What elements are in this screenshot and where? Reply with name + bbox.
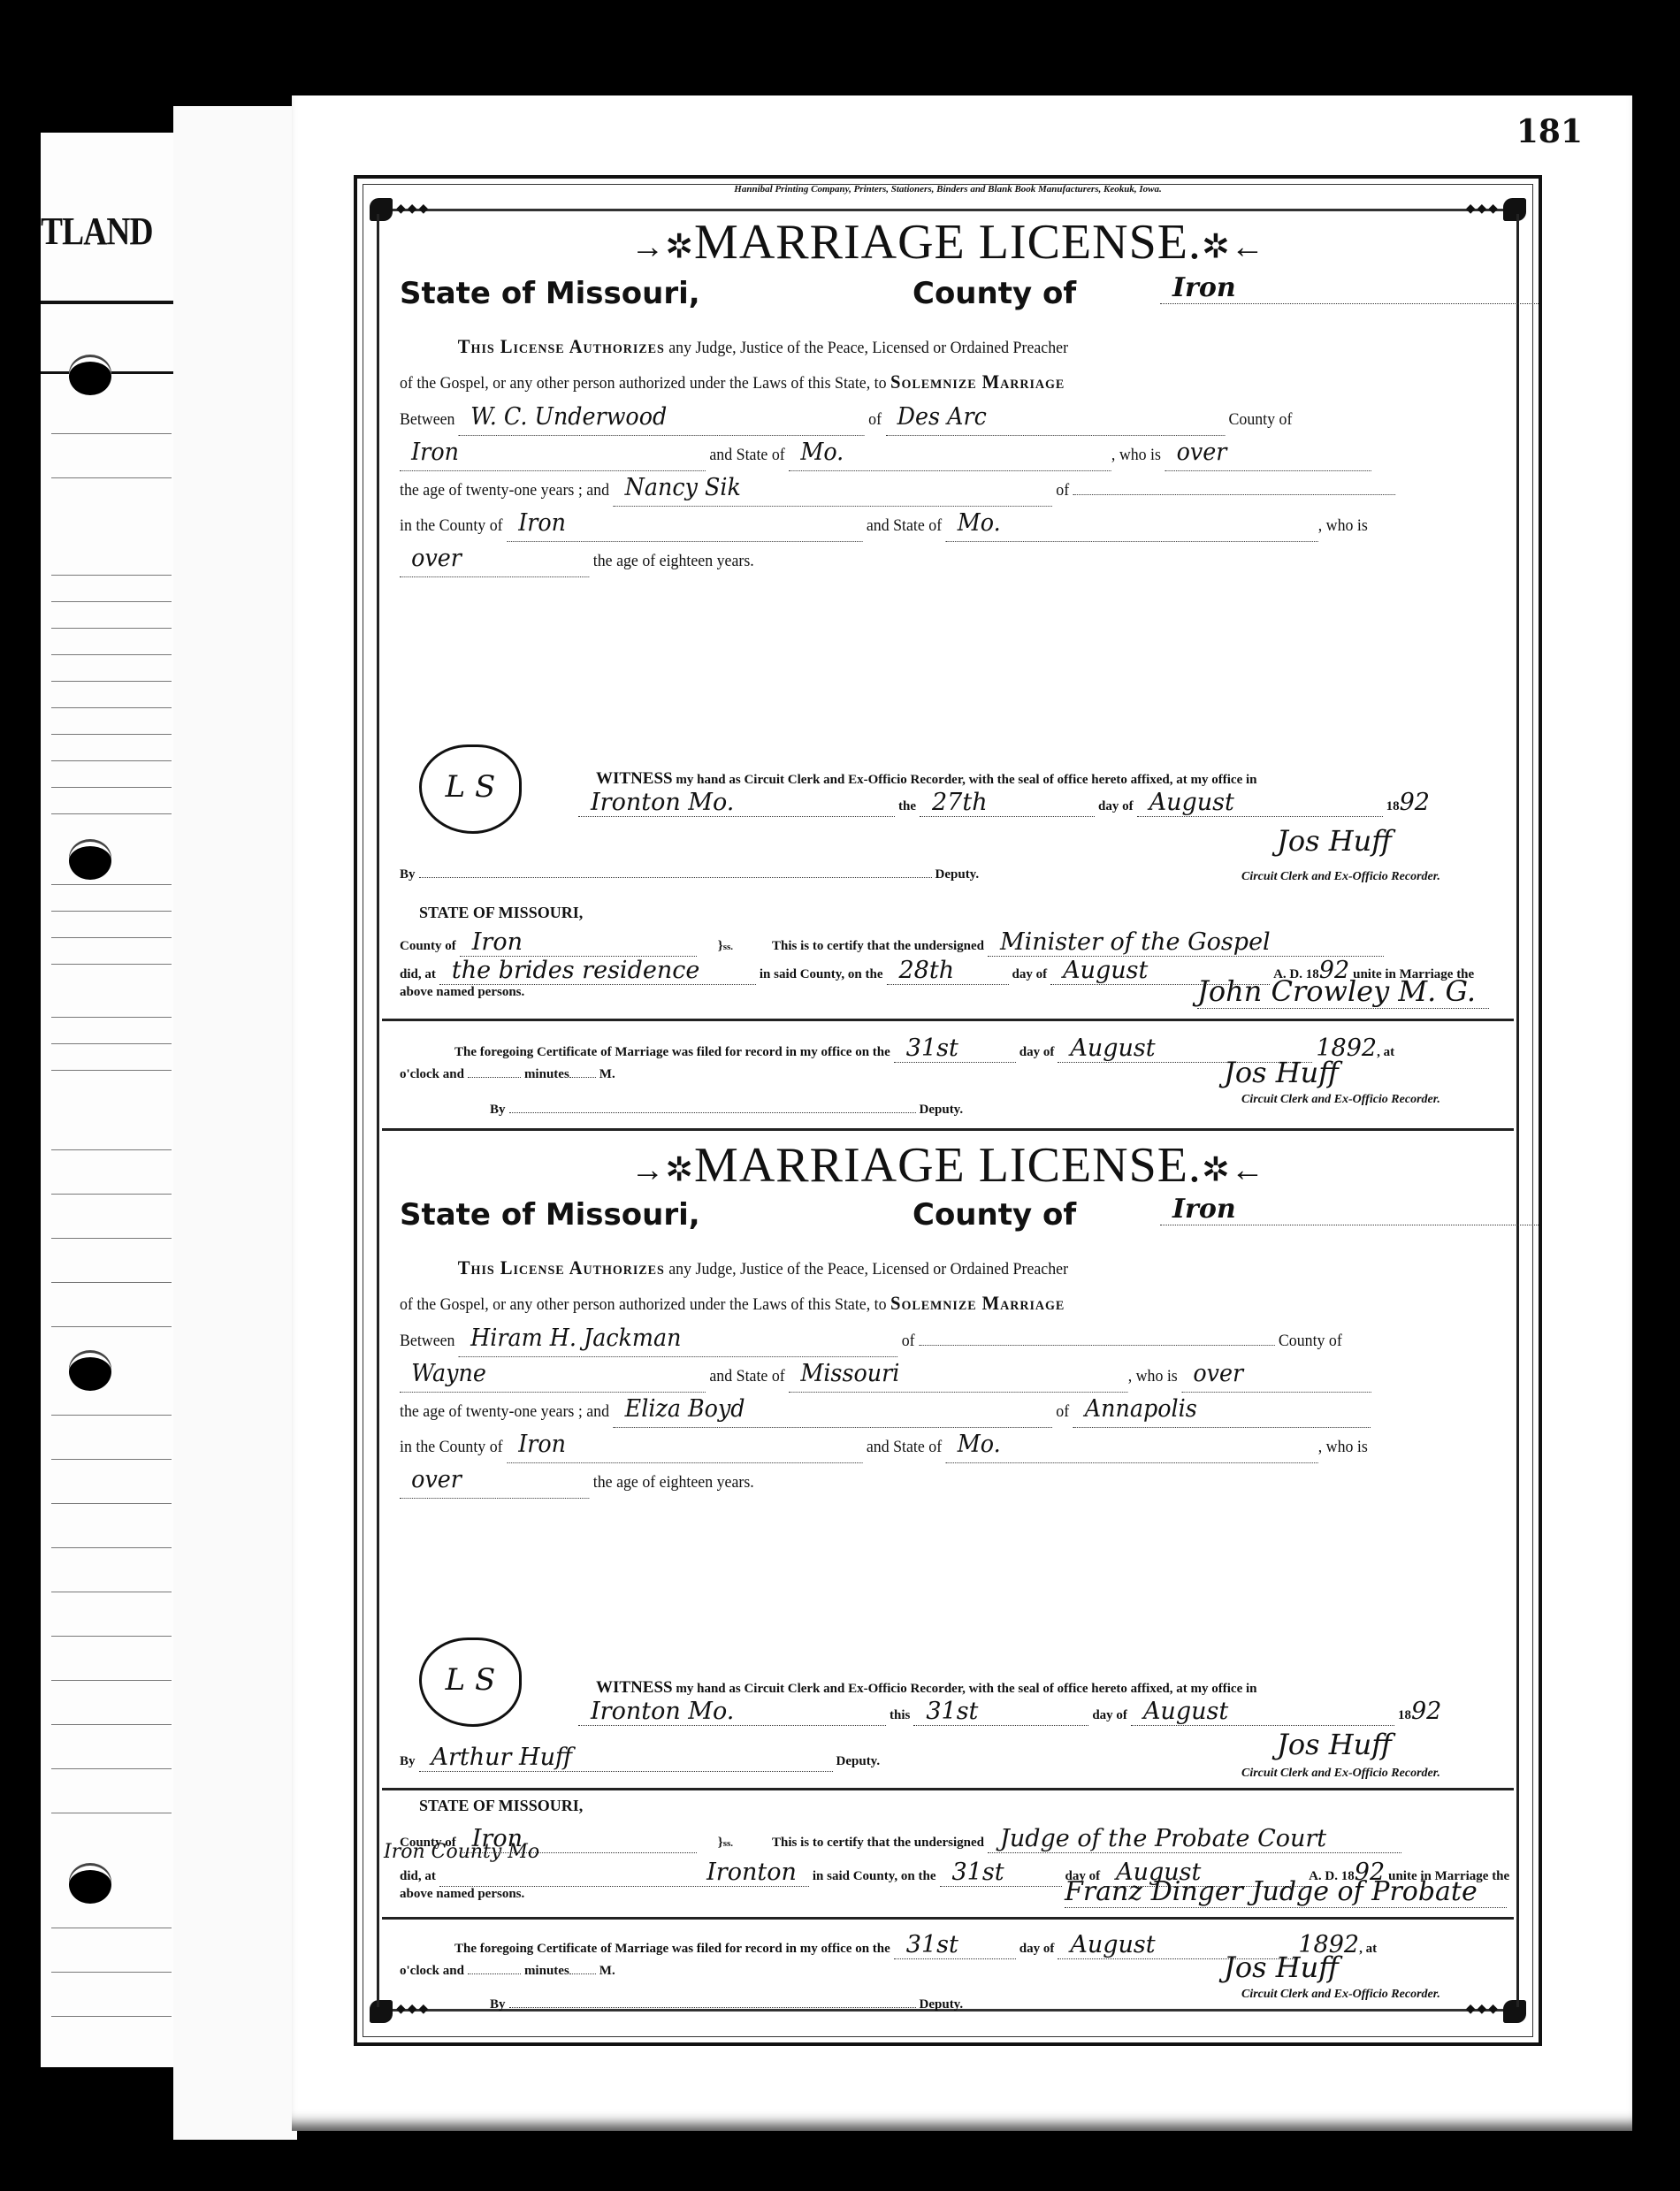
bride-state-field: Mo. — [946, 506, 1318, 542]
witness-year-field: 92 — [1400, 789, 1430, 816]
county-label: County of — [913, 1197, 1076, 1233]
officiant-title-field: Minister of the Gospel — [988, 928, 1384, 957]
arrow-ornament-icon: →✲ — [630, 1152, 694, 1189]
license-2-title: →✲MARRIAGE LICENSE.✲← — [357, 1137, 1539, 1194]
filed-clerk-title: Circuit Clerk and Ex-Officio Recorder. — [1241, 1988, 1440, 2002]
bride-town-field — [1073, 477, 1396, 495]
marriage-license-form: Hannibal Printing Company, Printers, Sta… — [354, 175, 1542, 2046]
bride-town-field: Annapolis — [1073, 1392, 1371, 1428]
license-1-witness-date: Ironton Mo. the 27th day of August 1892 — [578, 789, 1430, 817]
bride-state-field: Mo. — [946, 1427, 1318, 1463]
binder-hole-icon — [69, 1353, 111, 1391]
license-2-deputy-line: By Arthur Huff Deputy. — [400, 1744, 880, 1772]
license-1-witness: WITNESS my hand as Circuit Clerk and Ex-… — [596, 769, 1256, 789]
cert-1-time-line: o'clock and minutes M. — [400, 1066, 615, 1082]
ceremony-day-field: 31st — [940, 1859, 1062, 1887]
license-1-state-county: State of Missouri, County of Iron — [400, 276, 1496, 311]
cert-county-field: Iron — [460, 928, 697, 957]
county-field: Iron — [1160, 272, 1539, 304]
filed-clerk-title: Circuit Clerk and Ex-Officio Recorder. — [1241, 1093, 1440, 1107]
witness-place-field: Ironton Mo. — [578, 1698, 886, 1726]
groom-state-field: Mo. — [789, 435, 1111, 471]
license-divider — [382, 1128, 1514, 1131]
filed-day-field: 31st — [894, 1034, 1016, 1063]
arrow-ornament-icon: →✲ — [630, 229, 694, 266]
state-label: State of Missouri, — [400, 276, 700, 311]
border-rule — [1516, 214, 1519, 2007]
groom-town-field — [919, 1327, 1274, 1346]
section-divider — [382, 1019, 1514, 1021]
bride-age-field: over — [400, 541, 589, 577]
license-2-witness: WITNESS my hand as Circuit Clerk and Ex-… — [596, 1678, 1256, 1698]
corner-ornament-icon — [370, 2000, 393, 2023]
deputy-signature: Arthur Huff — [419, 1744, 833, 1772]
seal-ls-icon: L S — [419, 744, 522, 834]
groom-state-field: Missouri — [789, 1356, 1128, 1393]
county-label: County of — [913, 276, 1076, 311]
county-field: Iron — [1160, 1194, 1539, 1225]
license-2-body: This License Authorizes any Judge, Justi… — [400, 1250, 1431, 1498]
cert-2-state: STATE OF MISSOURI, — [419, 1797, 583, 1815]
state-label: State of Missouri, — [400, 1197, 700, 1233]
cert-2-time-line: o'clock and minutes M. — [400, 1963, 615, 1979]
binder-hole-icon — [69, 357, 111, 395]
bride-county-field: Iron — [507, 1427, 862, 1463]
clerk-title: Circuit Clerk and Ex-Officio Recorder. — [1241, 1767, 1440, 1781]
binder-rule — [41, 301, 173, 304]
license-2-state-county: State of Missouri, County of Iron — [400, 1197, 1496, 1233]
officiant-title-field: Judge of the Probate Court — [988, 1825, 1401, 1853]
license-2-witness-date: Ironton Mo. this 31st day of August 1892 — [578, 1698, 1441, 1726]
border-rule — [377, 214, 379, 2007]
groom-name-field: W. C. Underwood — [459, 400, 865, 436]
ceremony-day-field: 28th — [887, 957, 1009, 985]
groom-county-field: Iron — [400, 435, 706, 471]
clerk-signature: Jos Huff — [1277, 824, 1392, 858]
filed-day-field: 31st — [894, 1931, 1016, 1959]
filed-clerk-signature: Jos Huff — [1224, 1056, 1339, 1089]
bride-county-field: Iron — [507, 506, 862, 542]
ornament-rule — [371, 209, 1524, 211]
binder-strip: TLAND — [41, 133, 175, 2067]
witness-day-field: 27th — [920, 789, 1095, 817]
arrow-ornament-icon: ✲← — [1202, 229, 1265, 266]
witness-day-field: 31st — [913, 1698, 1088, 1726]
ceremony-place-field: Ironton — [439, 1859, 809, 1887]
bride-age-field: over — [400, 1462, 589, 1499]
arrow-ornament-icon: ✲← — [1202, 1152, 1265, 1189]
groom-age-field: over — [1181, 1356, 1371, 1393]
ceremony-place-field: the brides residence — [439, 957, 756, 985]
officiant-signature: John Crowley M. G. — [1197, 974, 1489, 1009]
witness-place-field: Ironton Mo. — [578, 789, 895, 817]
binder-hole-icon — [69, 842, 111, 880]
clerk-title: Circuit Clerk and Ex-Officio Recorder. — [1241, 870, 1440, 884]
filed-clerk-signature: Jos Huff — [1224, 1951, 1339, 1984]
witness-month-field: August — [1131, 1698, 1394, 1726]
witness-year-field: 92 — [1411, 1698, 1441, 1725]
groom-name-field: Hiram H. Jackman — [459, 1321, 897, 1357]
groom-county-field: Wayne — [400, 1356, 706, 1393]
license-1-title: →✲MARRIAGE LICENSE.✲← — [357, 214, 1539, 271]
witness-month-field: August — [1137, 789, 1383, 817]
officiant-signature: Franz Dinger Judge of Probate — [1065, 1876, 1507, 1908]
cert-1-state: STATE OF MISSOURI, — [419, 904, 583, 922]
groom-age-field: over — [1165, 435, 1371, 471]
corner-ornament-icon — [1503, 2000, 1526, 2023]
clerk-signature: Jos Huff — [1277, 1728, 1392, 1761]
above-named-label: above named persons. — [400, 1887, 524, 1902]
bride-name-field: Eliza Boyd — [614, 1392, 1052, 1428]
cert-1-county-line: County of Iron }ss. This is to certify t… — [400, 928, 1384, 957]
seal-ls-icon: L S — [419, 1638, 522, 1727]
binder-label: TLAND — [41, 209, 153, 254]
groom-town-field: Des Arc — [885, 400, 1225, 436]
cert-2-county-line: County of Iron }ss. This is to certify t… — [400, 1825, 1401, 1853]
bride-name-field: Nancy Sik — [614, 470, 1052, 507]
license-1-deputy-line: By Deputy. — [400, 866, 979, 882]
cert-2-deputy-line: By Deputy. — [490, 1996, 963, 2012]
license-1-body: This License Authorizes any Judge, Justi… — [400, 329, 1431, 576]
page-number: 181 — [1516, 113, 1583, 150]
printer-credit: Hannibal Printing Company, Printers, Sta… — [357, 184, 1539, 195]
page-gutter — [173, 106, 297, 2140]
section-divider — [382, 1917, 1514, 1920]
cert-1-deputy-line: By Deputy. — [490, 1102, 963, 1118]
binder-hole-icon — [69, 1866, 111, 1904]
above-named-label: above named persons. — [400, 985, 524, 1000]
section-divider — [382, 1788, 1514, 1790]
